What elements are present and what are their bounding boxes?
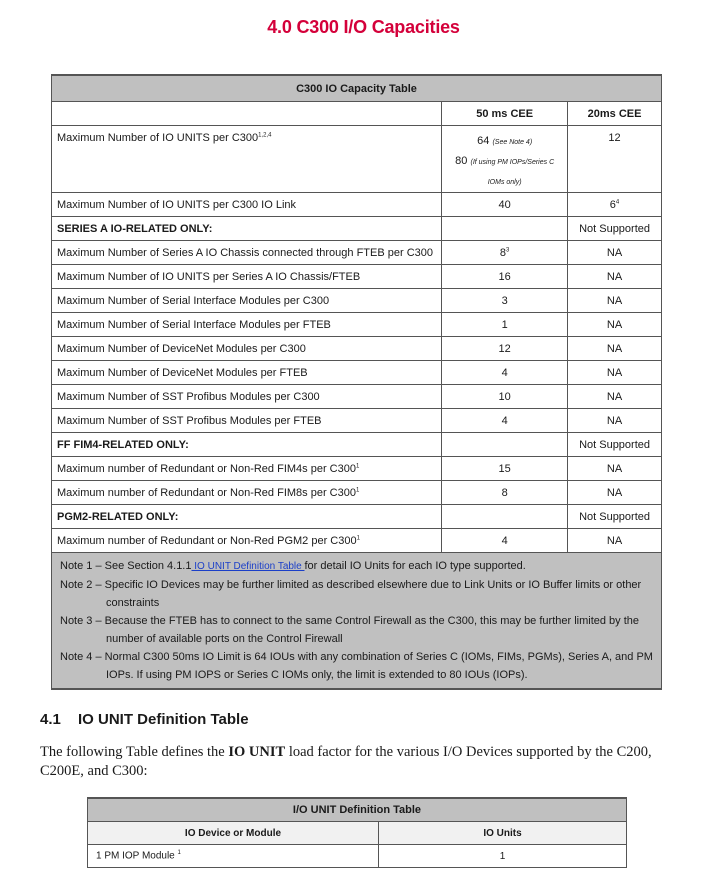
section-row: FF FIM4-RELATED ONLY:Not Supported (52, 433, 662, 457)
table-title: I/O UNIT Definition Table (88, 798, 627, 822)
value-20ms: NA (568, 457, 662, 481)
table-row: Maximum Number of Series A IO Chassis co… (52, 241, 662, 265)
row-label: Maximum Number of IO UNITS per C3001,2,4 (52, 126, 442, 193)
value-50ms: 10 (442, 385, 568, 409)
value-50ms: 4 (442, 361, 568, 385)
row-label: Maximum Number of IO UNITS per Series A … (52, 265, 442, 289)
row-label: SERIES A IO-RELATED ONLY: (52, 217, 442, 241)
table-title: C300 IO Capacity Table (52, 75, 662, 102)
table-row: Maximum Number of Serial Interface Modul… (52, 289, 662, 313)
table-row: Maximum Number of DeviceNet Modules per … (52, 361, 662, 385)
table-row: Maximum number of Redundant or Non-Red F… (52, 481, 662, 505)
io-units-value: 1 (379, 845, 627, 868)
row-label: Maximum Number of Serial Interface Modul… (52, 313, 442, 337)
intro-paragraph: The following Table defines the IO UNIT … (40, 743, 680, 781)
value-50ms: 3 (442, 289, 568, 313)
value-50ms: 83 (442, 241, 568, 265)
table-row: Maximum Number of DeviceNet Modules per … (52, 337, 662, 361)
value-50ms: 12 (442, 337, 568, 361)
value-20ms: Not Supported (568, 217, 662, 241)
notes: Note 1 – See Section 4.1.1 IO UNIT Defin… (52, 553, 662, 690)
row-label: Maximum Number of DeviceNet Modules per … (52, 337, 442, 361)
io-unit-definition-link[interactable]: IO UNIT Definition Table (191, 561, 304, 572)
table-row: Maximum Number of SST Profibus Modules p… (52, 385, 662, 409)
table-row: Maximum number of Redundant or Non-Red F… (52, 457, 662, 481)
io-unit-definition-table: I/O UNIT Definition Table IO Device or M… (87, 797, 627, 868)
value-50ms (442, 505, 568, 529)
row-label: PGM2-RELATED ONLY: (52, 505, 442, 529)
value-20ms: Not Supported (568, 505, 662, 529)
note-2: Note 2 – Specific IO Devices may be furt… (60, 576, 653, 612)
value-50ms: 8 (442, 481, 568, 505)
value-20ms: Not Supported (568, 433, 662, 457)
value-20ms: NA (568, 289, 662, 313)
value-20ms: NA (568, 337, 662, 361)
value-20ms: NA (568, 481, 662, 505)
value-50ms: 1 (442, 313, 568, 337)
row-label: Maximum Number of DeviceNet Modules per … (52, 361, 442, 385)
value-20ms: NA (568, 409, 662, 433)
table-row: Maximum Number of IO UNITS per Series A … (52, 265, 662, 289)
row-label: Maximum Number of IO UNITS per C300 IO L… (52, 193, 442, 217)
table-row: 1 PM IOP Module 11 (88, 845, 627, 868)
column-header-device: IO Device or Module (88, 822, 379, 845)
value-50ms: 40 (442, 193, 568, 217)
c300-io-capacity-table: C300 IO Capacity Table 50 ms CEE 20ms CE… (51, 74, 662, 690)
column-header-empty (52, 102, 442, 126)
column-header-units: IO Units (379, 822, 627, 845)
row-label: Maximum number of Redundant or Non-Red P… (52, 529, 442, 553)
device-name: 1 PM IOP Module 1 (88, 845, 379, 868)
table-row: Maximum Number of SST Profibus Modules p… (52, 409, 662, 433)
row-label: FF FIM4-RELATED ONLY: (52, 433, 442, 457)
row-label: Maximum number of Redundant or Non-Red F… (52, 481, 442, 505)
value-50ms: 4 (442, 409, 568, 433)
value-50ms: 15 (442, 457, 568, 481)
value-20ms: NA (568, 265, 662, 289)
value-50ms: 4 (442, 529, 568, 553)
value-20ms: NA (568, 361, 662, 385)
table-row: Maximum number of Redundant or Non-Red P… (52, 529, 662, 553)
value-20ms: NA (568, 529, 662, 553)
note-4: Note 4 – Normal C300 50ms IO Limit is 64… (60, 648, 653, 684)
value-20ms: NA (568, 313, 662, 337)
value-50ms: 64 (See Note 4) 80 (If using PM IOPs/Ser… (442, 126, 568, 193)
value-50ms (442, 217, 568, 241)
value-50ms (442, 433, 568, 457)
table-row: Maximum Number of Serial Interface Modul… (52, 313, 662, 337)
column-header-50ms: 50 ms CEE (442, 102, 568, 126)
section-row: SERIES A IO-RELATED ONLY:Not Supported (52, 217, 662, 241)
value-20ms: 12 (568, 126, 662, 193)
section-row: PGM2-RELATED ONLY:Not Supported (52, 505, 662, 529)
notes-row: Note 1 – See Section 4.1.1 IO UNIT Defin… (52, 553, 662, 690)
row-label: Maximum Number of Series A IO Chassis co… (52, 241, 442, 265)
value-20ms: 64 (568, 193, 662, 217)
table-row: Maximum Number of IO UNITS per C3001,2,4… (52, 126, 662, 193)
section-title: 4.0 C300 I/O Capacities (0, 17, 727, 38)
value-20ms: NA (568, 385, 662, 409)
column-header-20ms: 20ms CEE (568, 102, 662, 126)
note-1: Note 1 – See Section 4.1.1 IO UNIT Defin… (60, 557, 653, 576)
table-row: Maximum Number of IO UNITS per C300 IO L… (52, 193, 662, 217)
note-3: Note 3 – Because the FTEB has to connect… (60, 612, 653, 648)
row-label: Maximum Number of SST Profibus Modules p… (52, 385, 442, 409)
value-20ms: NA (568, 241, 662, 265)
row-label: Maximum number of Redundant or Non-Red F… (52, 457, 442, 481)
row-label: Maximum Number of SST Profibus Modules p… (52, 409, 442, 433)
value-50ms: 16 (442, 265, 568, 289)
row-label: Maximum Number of Serial Interface Modul… (52, 289, 442, 313)
subsection-heading: 4.1IO UNIT Definition Table (40, 711, 249, 728)
